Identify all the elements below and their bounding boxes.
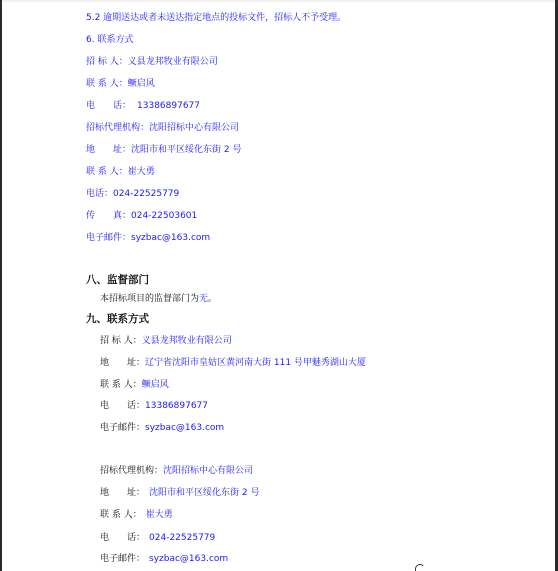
agency-contact-row: 联 系 人：崔大勇 [100, 509, 173, 521]
row-value: 沈阳市和平区绥化东街 2 号 [149, 488, 259, 498]
row-label: 电子邮件： [86, 233, 131, 243]
row-label: 联 系 人： [100, 380, 142, 390]
supervision-text: 本招标项目的监督部门为 [100, 294, 199, 304]
row-value: 崔大勇 [128, 167, 155, 177]
row-value: 义县龙邦牧业有限公司 [142, 336, 232, 346]
top-agency-row: 招标代理机构：沈阳招标中心有限公司 [86, 122, 239, 134]
row-value: 鳜启风 [142, 380, 169, 390]
row-label: 联 系 人： [86, 79, 128, 89]
section-8-heading: 八、监督部门 [86, 273, 149, 287]
viewer-frame-left [0, 0, 2, 571]
tenderer-contact-row: 联 系 人：鳜启风 [100, 379, 169, 391]
tenderer-email-row: 电子邮件：syzbac@163.com [100, 422, 224, 434]
row-label: 招标代理机构： [100, 466, 163, 476]
row-value[interactable]: syzbac@163.com [149, 554, 228, 564]
clause-5-2: 5.2 逾期送达或者未送达指定地点的投标文件，招标人不予受理。 [86, 12, 346, 24]
row-value: 沈阳市和平区绥化东街 2 号 [131, 145, 241, 155]
supervision-suffix: 。 [208, 294, 217, 304]
row-value: 崔大勇 [146, 510, 173, 520]
top-agency-contact-row: 联 系 人：崔大勇 [86, 166, 155, 178]
agency-phone-row: 电 话：024-22525779 [100, 532, 215, 544]
row-label: 地 址： [100, 358, 145, 368]
row-label: 联 系 人： [100, 510, 142, 520]
row-label: 招标代理机构： [86, 123, 149, 133]
row-label: 电 话： [86, 101, 131, 111]
top-tenderer-row: 招 标 人：义县龙邦牧业有限公司 [86, 56, 218, 68]
row-label: 电话： [86, 189, 113, 199]
supervision-value: 无 [199, 294, 208, 304]
agency-email-row: 电子邮件：syzbac@163.com [100, 553, 228, 565]
top-fax-row: 传 真：024-22503601 [86, 210, 197, 222]
row-value: 024-22525779 [149, 533, 215, 543]
row-value[interactable]: syzbac@163.com [145, 423, 224, 433]
section-8-text: 本招标项目的监督部门为无。 [100, 293, 217, 305]
row-value: 沈阳招标中心有限公司 [149, 123, 239, 133]
row-label: 地 址： [86, 145, 131, 155]
row-value: 024-22503601 [131, 211, 197, 221]
row-label: 传 真： [86, 211, 131, 221]
agency-address-row: 地 址：沈阳市和平区绥化东街 2 号 [100, 487, 259, 499]
row-label: 联 系 人： [86, 167, 128, 177]
row-label: 地 址： [100, 488, 145, 498]
row-label: 电 话： [100, 401, 145, 411]
top-agency-phone-row: 电话：024-22525779 [86, 188, 179, 200]
row-label: 电 话： [100, 533, 145, 543]
row-value: 沈阳招标中心有限公司 [163, 466, 253, 476]
row-value: 鳜启风 [128, 79, 155, 89]
row-label: 招 标 人： [100, 336, 142, 346]
top-address-row: 地 址：沈阳市和平区绥化东街 2 号 [86, 144, 241, 156]
row-value: 13386897677 [137, 101, 200, 111]
row-value: 辽宁省沈阳市皇姑区黄河南大街 111 号甲魅秀湖山大厦 [145, 358, 366, 368]
top-contact-row: 联 系 人：鳜启风 [86, 78, 155, 90]
cropped-glyph [415, 564, 425, 571]
tenderer-address-row: 地 址：辽宁省沈阳市皇姑区黄河南大街 111 号甲魅秀湖山大厦 [100, 357, 366, 369]
row-label: 招 标 人： [86, 57, 128, 67]
row-label: 电子邮件： [100, 554, 145, 564]
row-value: 024-22525779 [113, 189, 179, 199]
row-value: 义县龙邦牧业有限公司 [128, 57, 218, 67]
clause-6-heading: 6. 联系方式 [86, 34, 133, 46]
agency-row: 招标代理机构：沈阳招标中心有限公司 [100, 465, 253, 477]
tenderer-phone-row: 电 话：13386897677 [100, 400, 208, 412]
row-value: 13386897677 [145, 401, 208, 411]
page-top-edge [2, 0, 555, 2]
top-email-row: 电子邮件：syzbac@163.com [86, 232, 210, 244]
row-label: 电子邮件： [100, 423, 145, 433]
row-value[interactable]: syzbac@163.com [131, 233, 210, 243]
section-9-heading: 九、联系方式 [86, 312, 149, 326]
top-phone-row: 电 话：13386897677 [86, 100, 200, 112]
tenderer-row: 招 标 人：义县龙邦牧业有限公司 [100, 335, 232, 347]
